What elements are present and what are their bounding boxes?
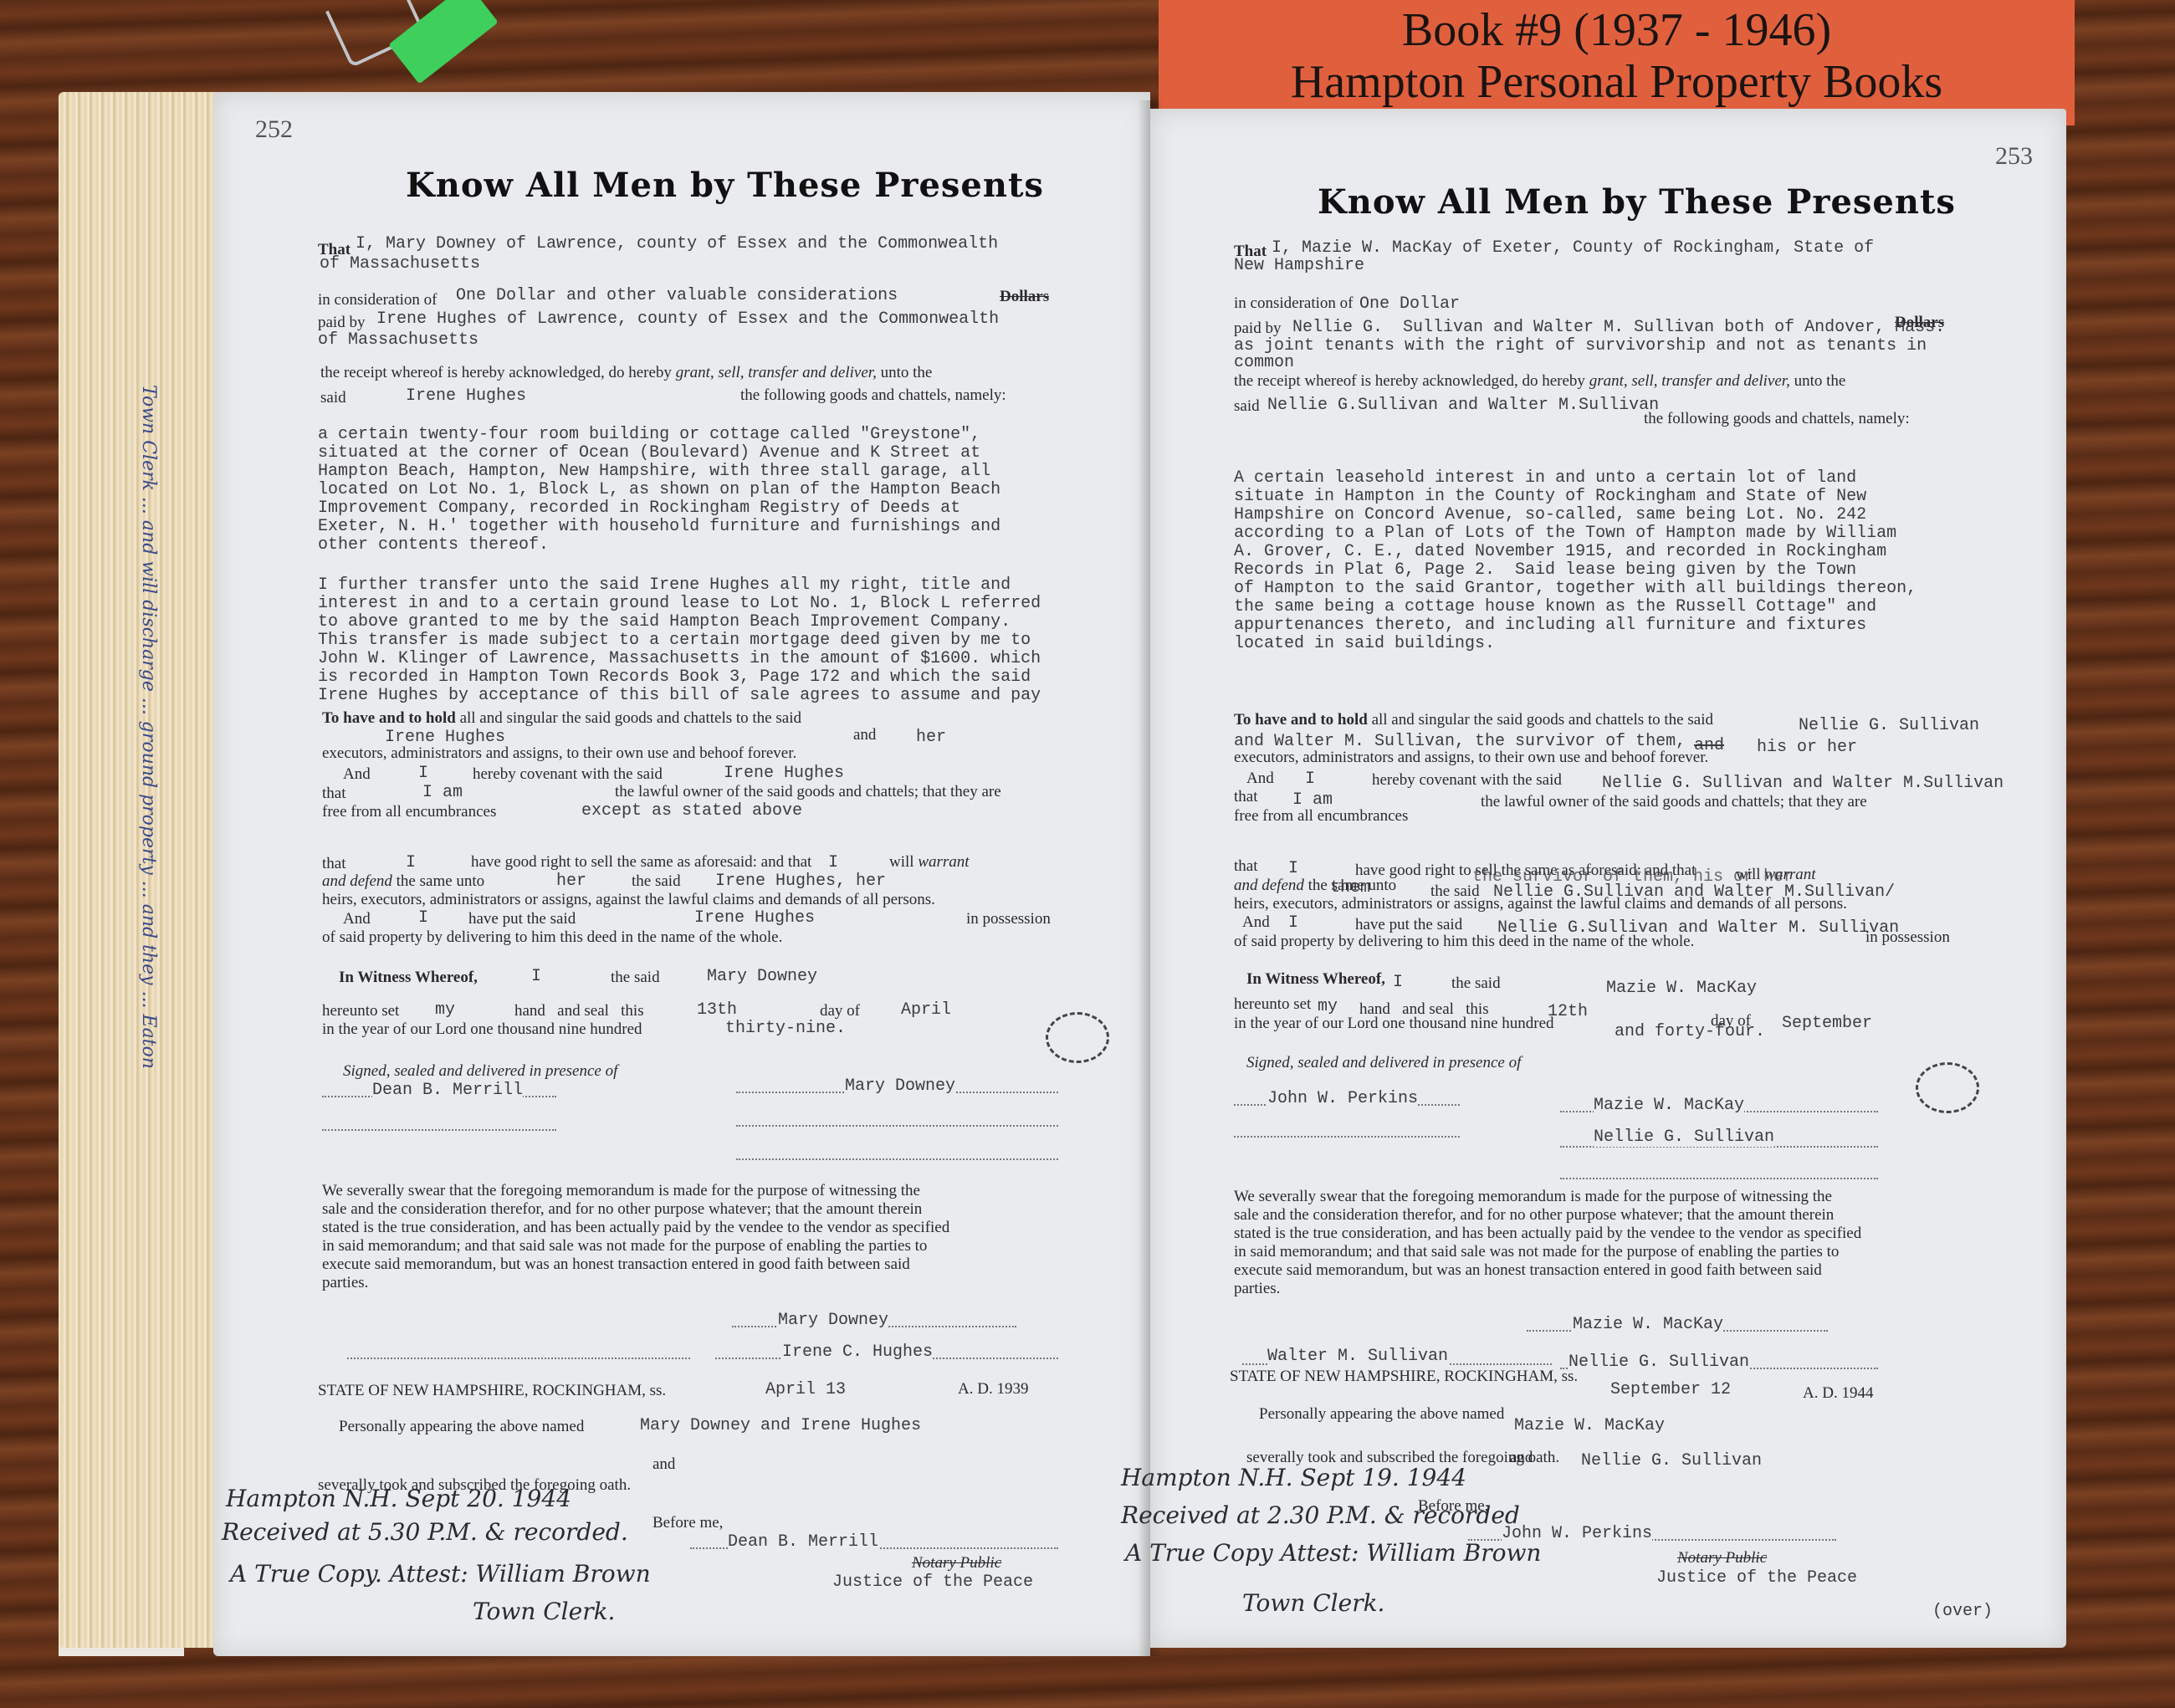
i-word-2: I	[406, 853, 416, 872]
and-label-2: and	[652, 1455, 675, 1474]
year-text: in the year of our Lord one thousand nin…	[322, 1020, 642, 1039]
text-line: Improvement Company, recorded in Rocking…	[318, 499, 960, 518]
signature-line	[736, 1125, 1058, 1127]
and-defend-italic: and defend	[1234, 877, 1304, 894]
ad-year: A. D. 1939	[958, 1380, 1028, 1399]
month-value: April	[901, 1000, 951, 1020]
grantor: I, Mazie W. MacKay of Exeter, County of …	[1272, 238, 1874, 258]
my-word: my	[1318, 997, 1338, 1016]
habendum-text: all and singular the said goods and chat…	[460, 709, 801, 727]
text-line: Exeter, N. H.' together with household f…	[318, 517, 1000, 536]
i-word: I	[418, 764, 428, 783]
book-tab-line1: Book #9 (1937 - 1946)	[1159, 0, 2075, 57]
i-word-5: I	[531, 967, 541, 986]
oath-signature-1: Mary Downey	[778, 1311, 888, 1330]
text-line: Hampton Beach, Hampton, New Hampshire, w…	[318, 462, 990, 481]
i-word-3: I	[828, 853, 838, 872]
text-line: stated is the true consideration, and ha…	[1234, 1225, 1861, 1243]
text-line: Irene Hughes by acceptance of this bill …	[318, 686, 1041, 705]
that-word: that	[322, 785, 346, 803]
and-defend-italic: and defend	[322, 872, 392, 890]
said-label: said	[1234, 397, 1260, 416]
witness-name: Mary Downey	[707, 967, 817, 986]
margin-handwritten-note: Town Clerk ... and will discharge ... gr…	[138, 385, 159, 1069]
personally-names: Mary Downey and Irene Hughes	[640, 1416, 921, 1435]
and-word: And	[1246, 770, 1274, 788]
heirs-text: heirs, executors, administrators or assi…	[322, 891, 935, 909]
habendum-text: all and singular the said goods and chat…	[1372, 711, 1713, 729]
the-said-2: the said	[611, 969, 660, 987]
signature-line	[1234, 1136, 1460, 1138]
ad-year: A. D. 1944	[1803, 1384, 1873, 1403]
text-line: John W. Klinger of Lawrence, Massachuset…	[318, 649, 1041, 668]
unto-who: her	[556, 872, 586, 891]
grantor-signature: Mazie W. MacKay	[1594, 1096, 1744, 1115]
receipt-start: the receipt whereof is hereby acknowledg…	[1234, 372, 1585, 390]
said-label: said	[320, 389, 346, 407]
and-name: Nellie G. Sullivan	[1581, 1451, 1762, 1470]
covenant-name: Irene Hughes	[724, 764, 844, 783]
his-or-her: his or her	[1757, 738, 1857, 757]
paid-by-label: paid by	[1234, 320, 1281, 338]
year-value: thirty-nine.	[725, 1019, 846, 1038]
text-line: of Hampton to the said Grantor, together…	[1234, 579, 1917, 598]
dollars-label: Dollars	[1000, 288, 1049, 306]
delivering-text: of said property by delivering to him th…	[1234, 933, 1694, 951]
notary-struck: Notary Public	[912, 1554, 1001, 1572]
text-line: stated is the true consideration, and ha…	[322, 1219, 949, 1237]
that-word-2: that	[1234, 857, 1258, 876]
i-word-4: I	[1393, 973, 1403, 992]
lawful-owner-text: the lawful owner of the said goods and c…	[1481, 793, 1867, 811]
state-date: April 13	[765, 1380, 846, 1399]
text-line: We severally swear that the foregoing me…	[1234, 1188, 1832, 1206]
defend-name: Irene Hughes, her	[715, 872, 886, 891]
over-note: (over)	[1932, 1602, 1993, 1621]
free-from-text: free from all encumbrances	[322, 803, 496, 821]
seal-mark-icon	[1916, 1062, 1979, 1113]
put-name: Irene Hughes	[694, 908, 815, 928]
following-text: the following goods and chattels, namely…	[740, 386, 1006, 405]
paid-by: Irene Hughes of Lawrence, county of Esse…	[376, 309, 999, 329]
text-line: located on Lot No. 1, Block L, as shown …	[318, 480, 1000, 499]
signature-line	[322, 1129, 556, 1131]
witness-bold: In Witness Whereof,	[339, 969, 478, 987]
book-tab-line2: Hampton Personal Property Books	[1159, 57, 2075, 107]
signature-line	[736, 1158, 1058, 1160]
handwritten-recording-3: A True Copy Attest: William Brown	[1125, 1539, 1541, 1567]
handwritten-recording-3: A True Copy. Attest: William Brown	[230, 1560, 651, 1588]
paid-by-line3: common	[1234, 353, 1294, 372]
in-possession: in possession	[966, 910, 1051, 928]
receipt-text: the receipt whereof is hereby acknowledg…	[1234, 372, 1845, 391]
signature-line	[347, 1358, 690, 1359]
and-word: And	[343, 765, 371, 784]
text-line: other contents thereof.	[318, 535, 549, 555]
text-line: execute said memorandum, but was an hone…	[1234, 1261, 1822, 1280]
text-line: I further transfer unto the said Irene H…	[318, 575, 1011, 595]
habendum-name: Nellie G. Sullivan	[1799, 716, 1979, 735]
text-line: located in said buildings.	[1234, 634, 1495, 653]
text-line: A. Grover, C. E., dated November 1915, a…	[1234, 542, 1886, 561]
the-said: the said	[632, 872, 681, 891]
text-line: to above granted to me by the said Hampt…	[318, 612, 1011, 632]
following-text: the following goods and chattels, namely…	[1644, 410, 1910, 428]
grantor-line2: New Hampshire	[1234, 256, 1364, 275]
will-word: will	[889, 853, 914, 871]
consideration-label: in consideration of	[318, 291, 437, 309]
year-text: in the year of our Lord one thousand nin…	[1234, 1015, 1554, 1033]
text-line: in said memorandum; and that said sale w…	[1234, 1243, 1839, 1261]
hereunto-text: hereunto set	[322, 1002, 399, 1020]
hereunto-text: hereunto set	[1234, 995, 1311, 1014]
text-line: according to a Plan of Lots of the Town …	[1234, 524, 1896, 543]
text-line: sale and the consideration therefor, and…	[1234, 1206, 1834, 1225]
text-line: situated at the corner of Ocean (Bouleva…	[318, 443, 980, 463]
seal-mark-icon	[1046, 1012, 1109, 1063]
and-word-2: And	[1242, 913, 1270, 932]
handwritten-recording-4: Town Clerk.	[1242, 1589, 1384, 1617]
and-word-2: And	[343, 910, 371, 928]
consideration-value: One Dollar and other valuable considerat…	[456, 286, 898, 305]
day-of-label: day of	[820, 1002, 860, 1020]
page-title: Know All Men by These Presents	[1318, 182, 1956, 222]
i-word-2: I	[1288, 859, 1298, 878]
habendum-bold: To have and to hold	[1234, 711, 1368, 729]
page-title: Know All Men by These Presents	[406, 166, 1044, 205]
text-line: interest in and to a certain ground leas…	[318, 594, 1041, 613]
page-number: 252	[255, 115, 293, 144]
text-line: appurtenances thereto, and including all…	[1234, 616, 1866, 635]
her: her	[916, 728, 946, 747]
i-word-3: I	[1288, 913, 1298, 933]
receipt-text: the receipt whereof is hereby acknowledg…	[320, 364, 932, 382]
right-page: 253 Know All Men by These Presents That …	[1150, 109, 2066, 1648]
state-text: STATE OF NEW HAMPSHIRE, ROCKINGHAM, ss.	[318, 1382, 666, 1400]
heirs-text: heirs, executors, administrators or assi…	[1234, 895, 1847, 913]
hand-seal-text: hand and seal this	[514, 1002, 644, 1020]
day-value: 13th	[697, 1000, 737, 1020]
free-from-text: free from all encumbrances	[1234, 807, 1408, 826]
text-line: the same being a cottage house known as …	[1234, 597, 1876, 616]
signature-line	[1560, 1178, 1878, 1179]
text-line: Hampshire on Concord Avenue, so-called, …	[1234, 505, 1866, 524]
text-line: parties.	[1234, 1280, 1280, 1298]
in-possession: in possession	[1865, 928, 1950, 947]
left-page: 252 Know All Men by These Presents That …	[213, 92, 1150, 1656]
handwritten-recording-4: Town Clerk.	[473, 1598, 615, 1625]
except-text: except as stated above	[581, 801, 802, 821]
text-line: in said memorandum; and that said sale w…	[322, 1237, 927, 1255]
delivering-text: of said property by delivering to him th…	[322, 928, 782, 947]
jp-title: Justice of the Peace	[1656, 1568, 1857, 1588]
have-put-text: have put the said	[468, 910, 576, 928]
text-line: We severally swear that the foregoing me…	[322, 1182, 920, 1200]
jp-name: Dean B. Merrill	[728, 1532, 878, 1552]
receipt-italic: grant, sell, transfer and deliver,	[1589, 372, 1790, 390]
text-line: This transfer is made subject to a certa…	[318, 631, 1031, 650]
grantor: I, Mary Downey of Lawrence, county of Es…	[356, 234, 998, 253]
notary-struck: Notary Public	[1677, 1549, 1767, 1567]
covenant-text: hereby covenant with the said	[1372, 771, 1562, 790]
executors-text: executors, administrators and assigns, t…	[322, 744, 796, 763]
the-said-2: the said	[1451, 974, 1501, 993]
signed-text: Signed, sealed and delivered in presence…	[343, 1062, 617, 1081]
habendum: To have and to hold all and singular the…	[322, 709, 801, 728]
text-line: is recorded in Hampton Town Records Book…	[318, 667, 1031, 687]
and-label: and	[853, 726, 876, 744]
paid-by: Nellie G. Sullivan and Walter M. Sulliva…	[1292, 318, 1945, 337]
month-value: September	[1782, 1014, 1872, 1033]
personally-text: Personally appearing the above named	[339, 1418, 584, 1436]
oath-signature-3: Nellie G. Sullivan	[1569, 1353, 1749, 1372]
said-name: Irene Hughes	[406, 386, 526, 406]
handwritten-recording-1: Hampton N.H. Sept 19. 1944	[1121, 1464, 1466, 1491]
text-line: parties.	[322, 1274, 368, 1292]
grantee-signature: Nellie G. Sullivan	[1594, 1128, 1774, 1147]
and-defend: and defend the same unto	[322, 872, 484, 891]
paid-by-label: paid by	[318, 314, 365, 332]
signed-text: Signed, sealed and delivered in presence…	[1246, 1054, 1521, 1072]
that-word: that	[1234, 788, 1258, 806]
state-date: September 12	[1610, 1380, 1731, 1399]
warrant-word: warrant	[918, 853, 969, 871]
will-warrant: will warrant	[889, 853, 970, 872]
good-right-text: have good right to sell the same as afor…	[471, 853, 811, 872]
i-word: I	[1305, 770, 1315, 789]
handwritten-recording-1: Hampton N.H. Sept 20. 1944	[226, 1485, 571, 1512]
witness-signature: Dean B. Merrill	[372, 1081, 523, 1100]
my-word: my	[435, 1000, 455, 1020]
handwritten-recording-2: Received at 5.30 P.M. & recorded.	[222, 1518, 628, 1546]
jp-title: Justice of the Peace	[832, 1572, 1033, 1592]
text-line: A certain leasehold interest in and unto…	[1234, 468, 1856, 488]
oath-signature-2: Walter M. Sullivan	[1267, 1347, 1448, 1366]
page-number: 253	[1995, 142, 2033, 171]
witness-signature: John W. Perkins	[1267, 1089, 1418, 1108]
said-name: Nellie G.Sullivan and Walter M.Sullivan	[1267, 396, 1659, 415]
receipt-start: the receipt whereof is hereby acknowledg…	[320, 364, 672, 381]
same-unto: the same unto	[397, 872, 485, 890]
habendum: To have and to hold all and singular the…	[1234, 711, 1713, 729]
lawful-owner-text: the lawful owner of the said goods and c…	[615, 783, 1001, 801]
before-me: Before me,	[652, 1514, 723, 1532]
paid-by-line2: of Massachusetts	[318, 330, 478, 350]
paid-by-line2: as joint tenants with the right of survi…	[1234, 336, 1927, 355]
text-line: a certain twenty-four room building or c…	[318, 425, 980, 444]
personally-names: Mazie W. MacKay	[1514, 1416, 1665, 1435]
i-am: I am	[422, 783, 463, 802]
and-defend: and defend the same unto	[1234, 877, 1396, 895]
receipt-end: unto the	[1794, 372, 1846, 390]
text-line: execute said memorandum, but was an hone…	[322, 1255, 910, 1274]
i-word-4: I	[418, 908, 428, 928]
have-put-text: have put the said	[1355, 916, 1462, 934]
grantor-line2: of Massachusetts	[320, 254, 480, 274]
text-line: sale and the consideration therefor, and…	[322, 1200, 922, 1219]
grantor-signature: Mary Downey	[845, 1076, 955, 1096]
executors-text: executors, administrators and assigns, t…	[1234, 749, 1708, 767]
receipt-end: unto the	[881, 364, 933, 381]
handwritten-recording-2: Received at 2.30 P.M. & recorded	[1121, 1501, 1520, 1529]
habendum-bold: To have and to hold	[322, 709, 456, 727]
receipt-italic: grant, sell, transfer and deliver,	[676, 364, 877, 381]
personally-text: Personally appearing the above named	[1259, 1405, 1504, 1424]
covenant-text: hereby covenant with the said	[473, 765, 663, 784]
binder-clip-icon	[318, 0, 519, 96]
witness-bold: In Witness Whereof,	[1246, 970, 1385, 989]
covenant-name: Nellie G. Sullivan and Walter M.Sullivan	[1602, 774, 2004, 793]
oath-signature-2: Irene C. Hughes	[782, 1342, 933, 1362]
oath-signature-1: Mazie W. MacKay	[1573, 1315, 1723, 1334]
year-value: and forty-four.	[1615, 1022, 1765, 1041]
text-line: Records in Plat 6, Page 2. Said lease be…	[1234, 560, 1856, 580]
state-text: STATE OF NEW HAMPSHIRE, ROCKINGHAM, ss.	[1230, 1368, 1578, 1386]
that-word-2: that	[322, 855, 346, 873]
consideration-label: in consideration of	[1234, 294, 1353, 313]
witness-name: Mazie W. MacKay	[1606, 979, 1757, 998]
book-tab-label: Book #9 (1937 - 1946) Hampton Personal P…	[1159, 0, 2075, 125]
consideration-value: One Dollar	[1359, 294, 1460, 314]
text-line: situate in Hampton in the County of Rock…	[1234, 487, 1866, 506]
